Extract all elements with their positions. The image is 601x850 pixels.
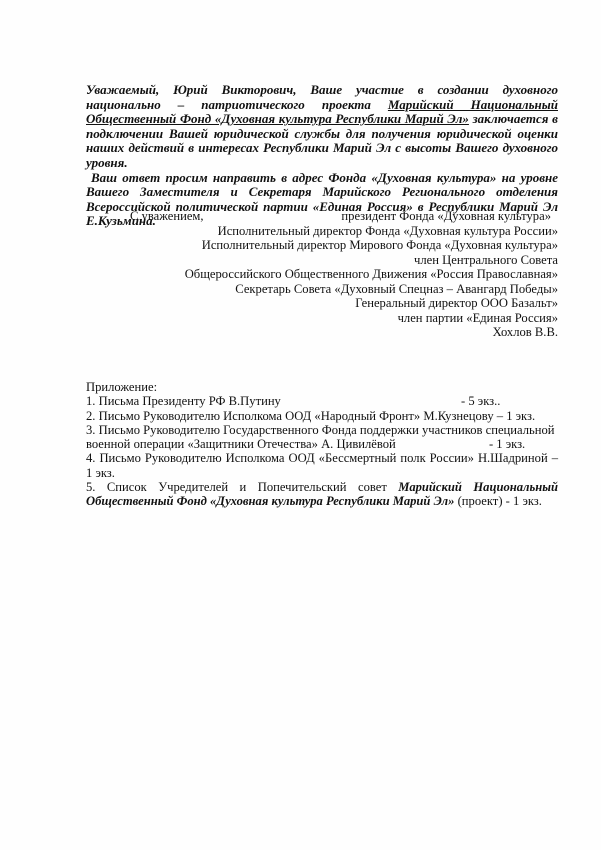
attachment-text: 1. Письма Президенту РФ В.Путину: [86, 394, 281, 408]
attachment-suffix: (проект) - 1 экз.: [454, 494, 542, 508]
signature-title: Исполнительный директор Мирового Фонда «…: [86, 238, 558, 253]
signatory-name: Хохлов В.В.: [86, 325, 558, 340]
letter-body: Уважаемый, Юрий Викторович, Ваше участие…: [86, 83, 558, 229]
signature-title: член Центрального Совета: [86, 253, 558, 268]
attachment-item: 2. Письмо Руководителю Исполкома ООД «На…: [86, 409, 558, 423]
attachment-prefix: 5. Список Учредителей и Попечительский с…: [86, 480, 398, 494]
attachment-quantity: - 5 экз..: [461, 394, 500, 408]
attachments-heading: Приложение:: [86, 380, 558, 394]
attachment-item: 5. Список Учредителей и Попечительский с…: [86, 480, 558, 509]
attachment-text: 3. Письмо Руководителю Государственного …: [86, 423, 555, 451]
document-page: Уважаемый, Юрий Викторович, Ваше участие…: [0, 0, 601, 850]
signature-title: Исполнительный директор Фонда «Духовная …: [86, 224, 558, 239]
attachment-item: 1. Письма Президенту РФ В.Путину - 5 экз…: [86, 394, 558, 408]
signature-first-line: С уважением, президент Фонда «Духовная к…: [86, 209, 558, 224]
attachments-section: Приложение: 1. Письма Президенту РФ В.Пу…: [86, 380, 558, 509]
signature-title: член партии «Единая Россия»: [86, 311, 558, 326]
signature-title: Общероссийского Общественного Движения «…: [86, 267, 558, 282]
signature-title: Генеральный директор ООО Базальт»: [86, 296, 558, 311]
signature-title: президент Фонда «Духовная культура»: [341, 209, 551, 224]
greeting: С уважением,: [130, 209, 204, 224]
signature-title: Секретарь Совета «Духовный Спецназ – Ава…: [86, 282, 558, 297]
letter-paragraph-1: Уважаемый, Юрий Викторович, Ваше участие…: [86, 83, 558, 171]
signature-block: С уважением, президент Фонда «Духовная к…: [86, 209, 558, 340]
attachment-item: 4. Письмо Руководителю Исполкома ООД «Бе…: [86, 451, 558, 480]
attachment-quantity: - 1 экз.: [489, 437, 525, 451]
attachment-item: 3. Письмо Руководителю Государственного …: [86, 423, 558, 452]
